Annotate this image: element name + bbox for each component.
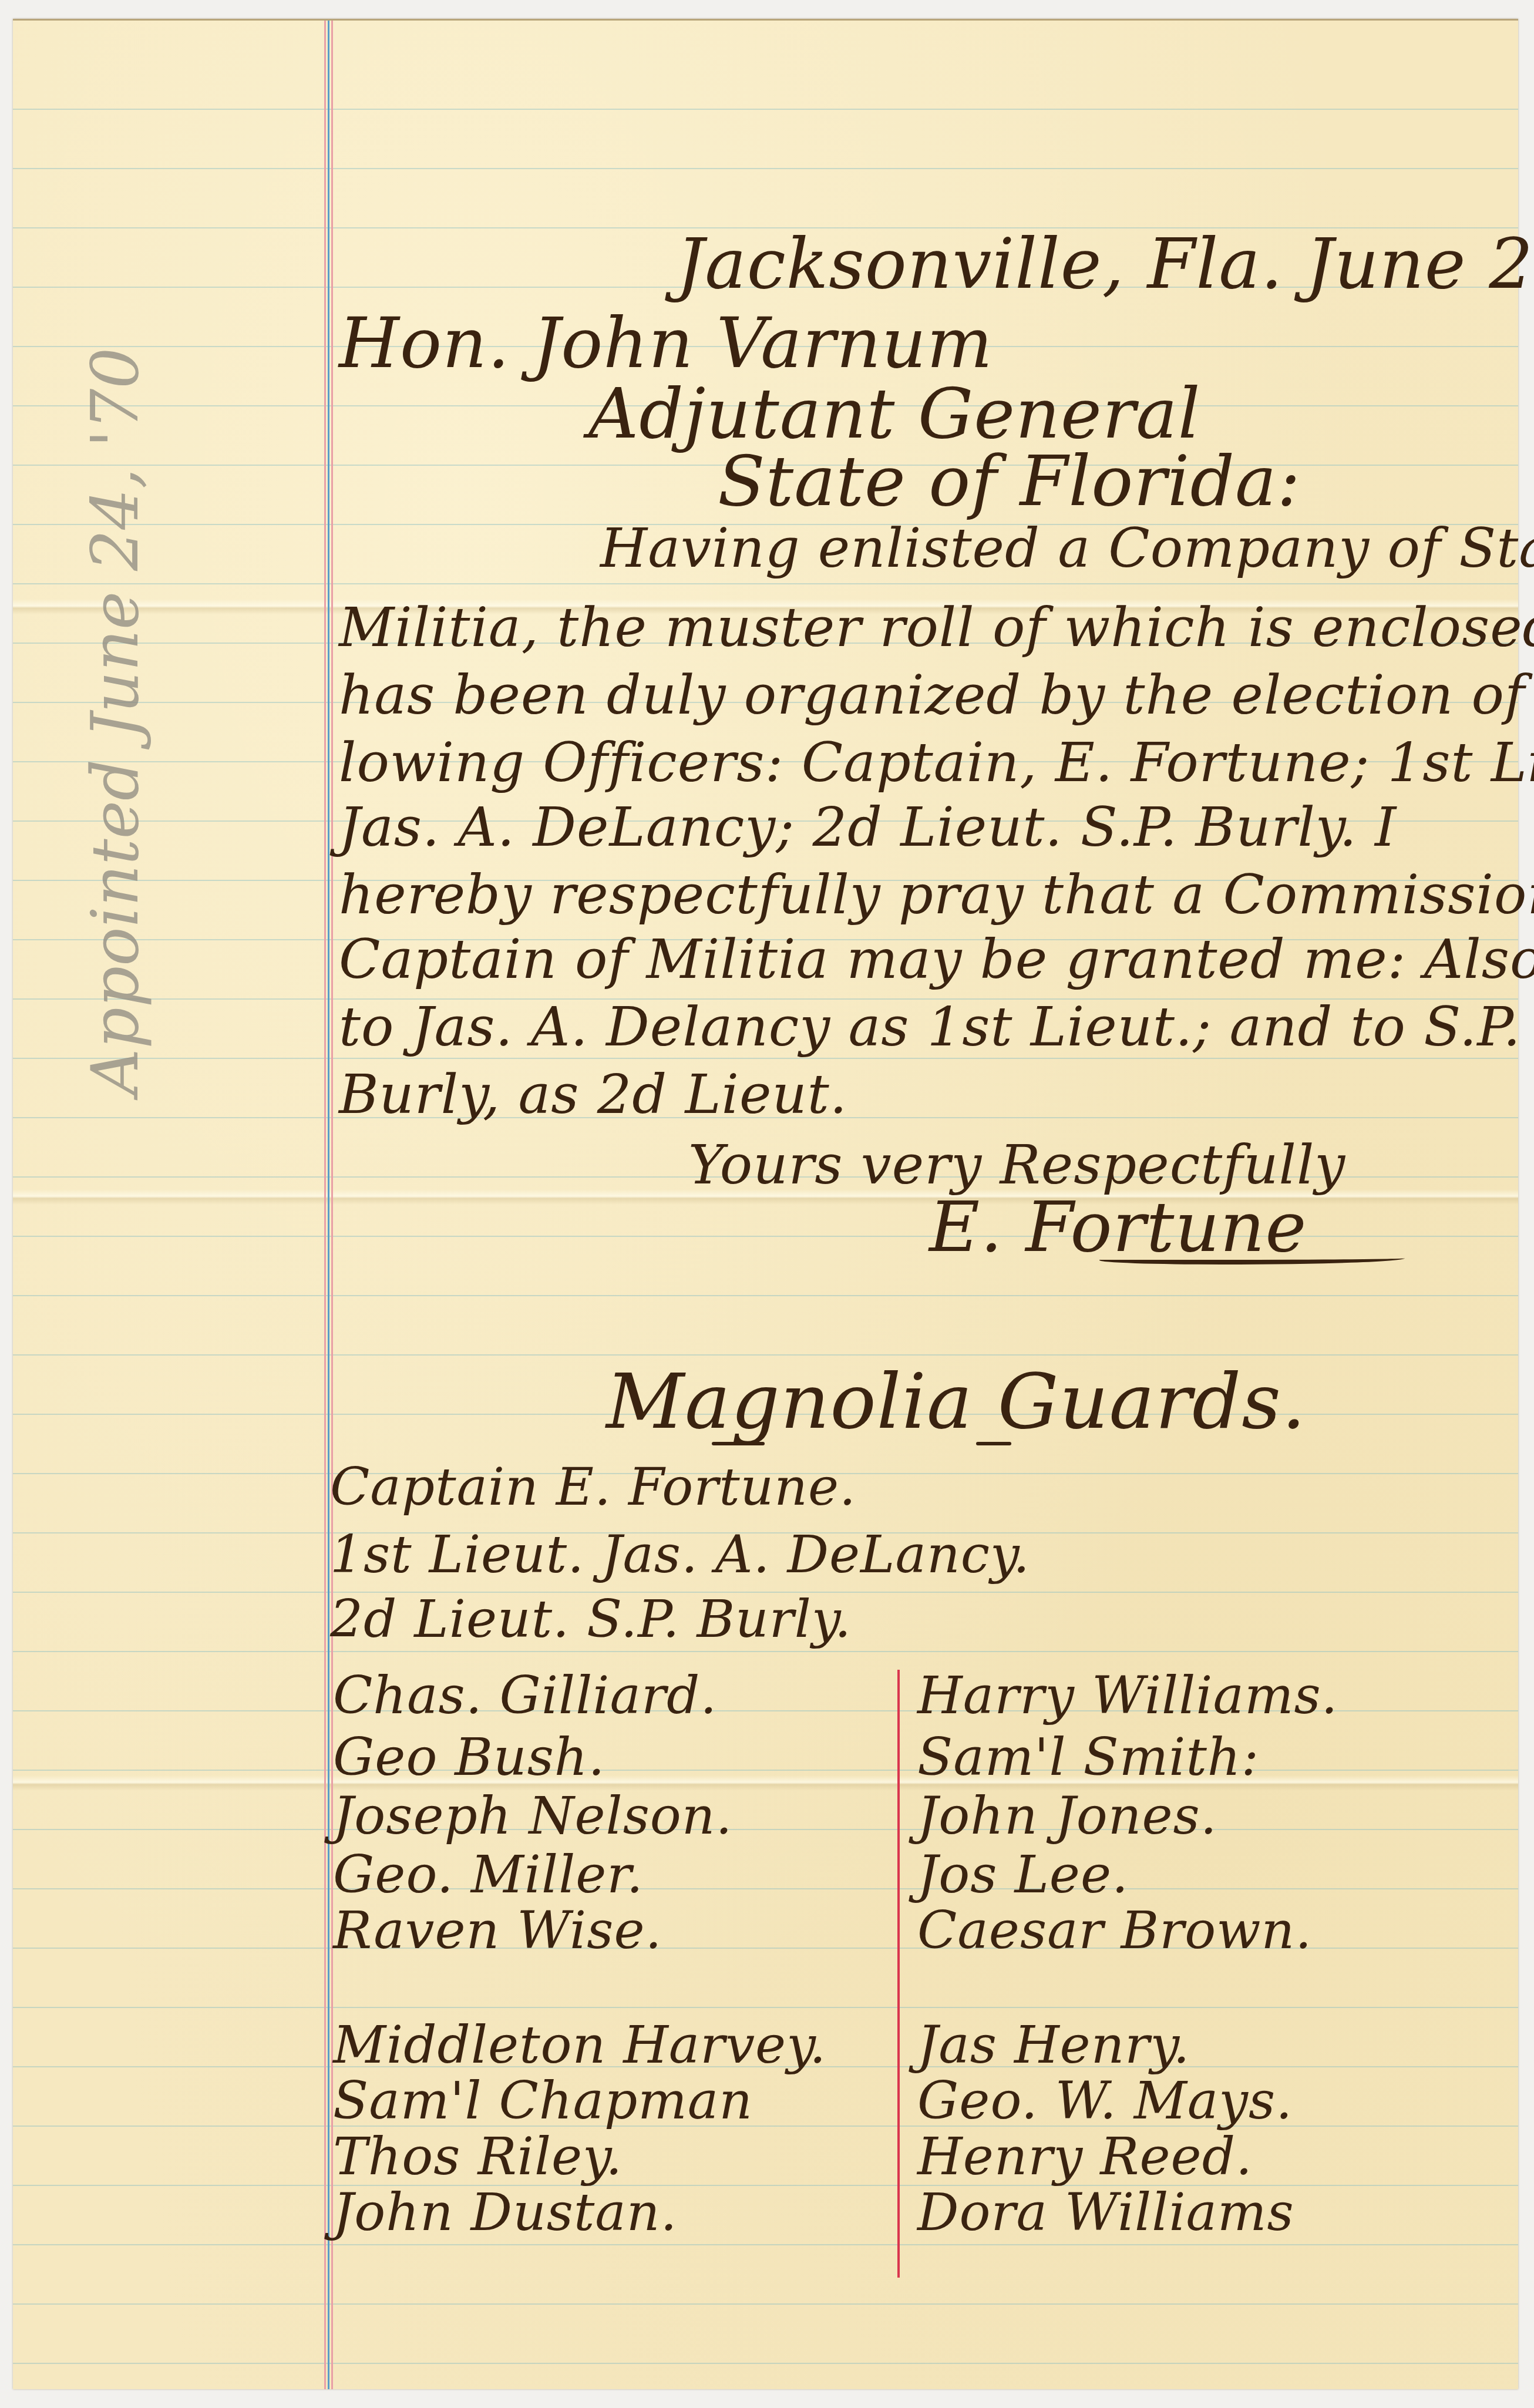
officer-entry: 2d Lieut. S.P. Burly. [330,1589,852,1649]
title-underline-mark [712,1442,765,1445]
roll-entry: Harry Williams. [917,1665,1338,1726]
body-line: Burly, as 2d Lieut. [339,1063,847,1126]
ruled-line [13,2007,1518,2008]
roll-entry: Geo. Miller. [333,1844,644,1905]
fold-crease-bottom [13,1775,1518,1791]
roll-entry: Jas Henry. [917,2014,1190,2075]
ruled-line [13,2303,1518,2305]
letter-page: Appointed June 24, '70 Jacksonville, Fla… [13,19,1518,2389]
body-line: has been duly organized by the election … [339,664,1534,727]
roll-entry: Middleton Harvey. [333,2014,826,2075]
dateline: Jacksonville, Fla. June 23 '70. [677,223,1534,304]
ruled-line [13,1295,1518,1296]
ruled-line [13,583,1518,584]
margin-line-blue [328,21,329,2389]
body-line: Captain of Militia may be granted me: Al… [339,928,1534,991]
ruled-line [13,1770,1518,1771]
roll-entry: Jos Lee. [917,1844,1129,1905]
ruled-line [13,2244,1518,2245]
roll-entry: John Jones. [917,1785,1217,1846]
ruled-line [13,1651,1518,1652]
roll-entry: Caesar Brown. [917,1900,1312,1960]
ruled-line [13,2363,1518,2364]
roll-entry: Geo Bush. [333,1727,605,1787]
roll-entry: Thos Riley. [333,2126,623,2187]
ruled-line [13,1888,1518,1889]
roll-entry: Sam'l Chapman [333,2070,753,2131]
officer-entry: 1st Lieut. Jas. A. DeLancy. [330,1524,1030,1585]
roll-entry: Chas. Gilliard. [333,1665,717,1726]
roll-entry: Raven Wise. [333,1900,662,1960]
roll-entry: Sam'l Smith: [917,1727,1259,1787]
body-line: to Jas. A. Delancy as 1st Lieut.; and to… [339,996,1521,1058]
column-divider-line [897,1670,900,2278]
ruled-line [13,1829,1518,1830]
roll-title: Magnolia Guards. [606,1357,1306,1446]
roll-entry: John Dustan. [333,2182,677,2242]
signature-flourish [1099,1254,1405,1264]
body-line: Jas. A. DeLancy; 2d Lieut. S.P. Burly. I [339,796,1397,859]
title-underline-mark [976,1442,1011,1445]
body-line: Militia, the muster roll of which is enc… [339,596,1534,659]
body-line: Having enlisted a Company of State [600,517,1534,580]
margin-line-pink-left [324,21,326,2389]
addressee-state: State of Florida: [718,440,1301,522]
body-line: lowing Officers: Captain, E. Fortune; 1s… [339,731,1534,794]
officer-entry: Captain E. Fortune. [330,1457,856,1517]
roll-entry: Henry Reed. [917,2126,1253,2187]
roll-entry: Geo. W. Mays. [917,2070,1293,2131]
margin-note-pencil: Appointed June 24, '70 [78,348,153,1095]
roll-entry: Dora Williams [917,2182,1294,2242]
ruled-line [13,168,1518,169]
ruled-line [13,1354,1518,1356]
body-line: hereby respectfully pray that a Commissi… [339,863,1534,926]
roll-entry: Joseph Nelson. [333,1785,733,1846]
addressee-name: Hon. John Varnum [339,302,993,384]
ruled-line [13,109,1518,110]
